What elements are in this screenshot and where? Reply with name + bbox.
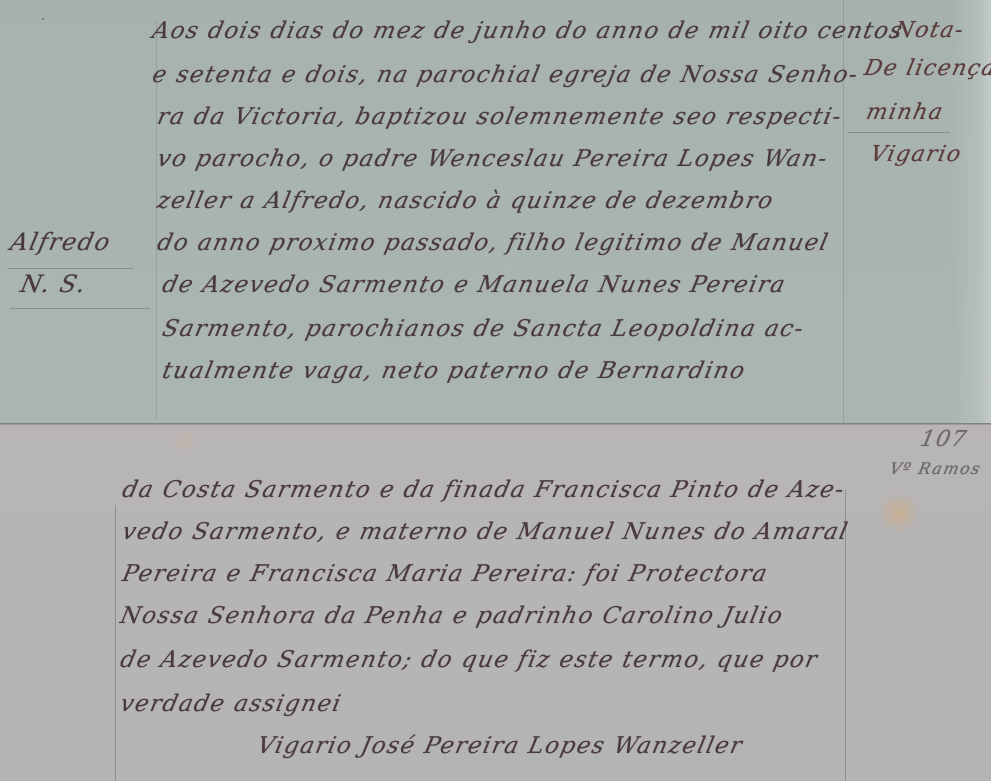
note-underline	[848, 132, 950, 133]
entry-line-1: Aos dois dias do mez de junho do anno de…	[150, 18, 906, 44]
margin-note-line-2: De licença	[862, 56, 991, 81]
priest-signature: Vigario José Pereira Lopes Wanzeller	[255, 733, 746, 759]
entry-line-14: de Azevedo Sarmento; do que fiz este ter…	[118, 647, 821, 673]
folio-number: 107	[918, 427, 970, 452]
register-page-top: Alfredo N. S. Nota- De licença minha Vig…	[0, 0, 991, 425]
margin-note-line-3: minha	[864, 100, 946, 125]
entry-line-3: ra da Victoria, baptizou solemnemente se…	[155, 104, 845, 130]
entry-line-15: verdade assignei	[118, 691, 344, 717]
paper-stain	[170, 429, 200, 453]
register-page-bottom: 107 Vº Ramos da Costa Sarmento e da fina…	[0, 425, 991, 781]
entry-line-9: tualmente vaga, neto paterno de Bernardi…	[160, 358, 748, 384]
entry-line-13: Nossa Senhora da Penha e padrinho Caroli…	[118, 603, 786, 629]
entry-line-2: e setenta e dois, na parochial egreja de…	[150, 62, 861, 88]
margin-child-name: Alfredo	[8, 228, 114, 256]
margin-underline-1	[8, 268, 133, 269]
margin-abbreviation: N. S.	[18, 270, 89, 298]
entry-line-12: Pereira e Francisca Maria Pereira: foi P…	[120, 561, 771, 587]
margin-underline-2	[10, 308, 150, 309]
entry-line-5: zeller a Alfredo, nascido à quinze de de…	[155, 188, 776, 214]
entry-line-7: de Azevedo Sarmento e Manuela Nunes Pere…	[160, 272, 789, 298]
margin-note-line-4: Vigario	[868, 142, 964, 167]
entry-line-10: da Costa Sarmento e da finada Francisca …	[120, 477, 847, 503]
ink-speck	[42, 18, 44, 20]
folio-note: Vº Ramos	[888, 459, 983, 478]
entry-line-6: do anno proximo passado, filho legitimo …	[155, 230, 832, 256]
entry-line-8: Sarmento, parochianos de Sancta Leopoldi…	[160, 316, 807, 342]
entry-line-11: vedo Sarmento, e materno de Manuel Nunes…	[120, 519, 851, 545]
entry-line-4: vo parocho, o padre Wenceslau Pereira Lo…	[155, 146, 831, 172]
paper-stain	[876, 493, 922, 533]
left-margin-rule	[115, 505, 116, 781]
